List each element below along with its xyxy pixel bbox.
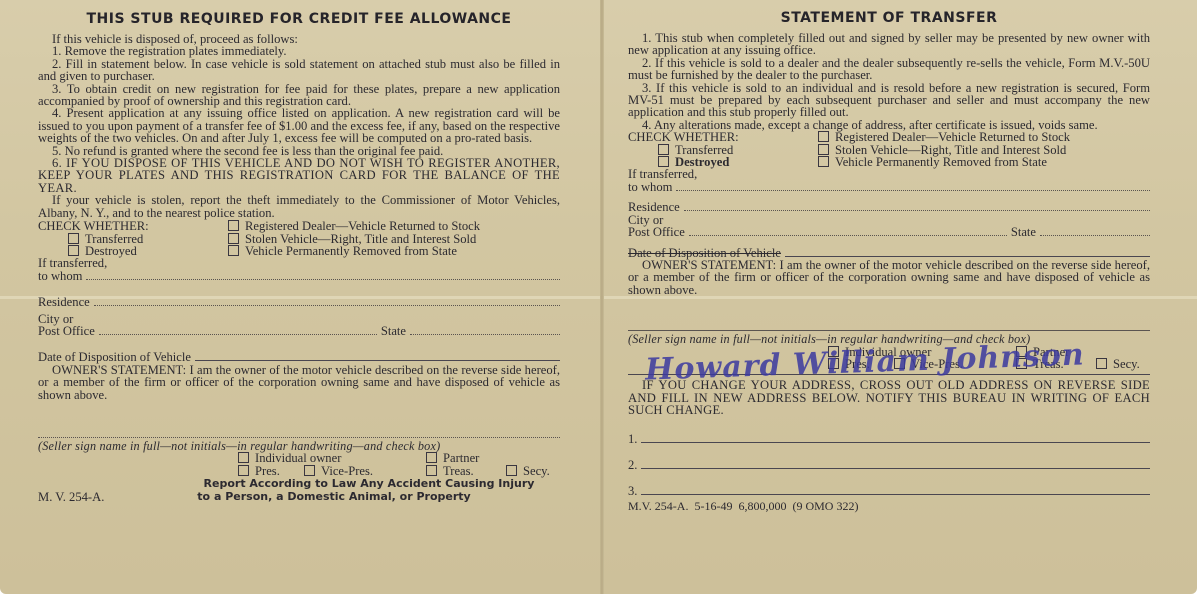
city-or-label: City or: [628, 214, 1150, 226]
to-whom-line[interactable]: [676, 181, 1150, 191]
transfer-instruction-3: 3. If this vehicle is sold to an individ…: [628, 82, 1150, 119]
accident-report-notice: Report According to Law Any Accident Cau…: [178, 477, 560, 503]
stolen-note: If your vehicle is stolen, report the th…: [38, 194, 560, 219]
if-transferred-label: If transferred,: [38, 257, 560, 269]
checkbox[interactable]: [426, 465, 437, 476]
date-line[interactable]: [785, 247, 1150, 257]
checkbox[interactable]: [238, 452, 249, 463]
check-secy[interactable]: Secy.: [1096, 358, 1150, 370]
post-office-field[interactable]: Post OfficeState: [628, 226, 1150, 238]
center-fold: [600, 0, 604, 594]
left-footer: M. V. 254-A. Report According to Law Any…: [38, 477, 560, 503]
seller-signature-line[interactable]: [628, 296, 1150, 331]
post-office-field[interactable]: Post OfficeState: [38, 325, 560, 337]
residence-field[interactable]: Residence: [628, 201, 1150, 213]
owner-statement: OWNER'S STATEMENT: I am the owner of the…: [38, 364, 560, 401]
check-removed[interactable]: Vehicle Permanently Removed from State: [818, 156, 1150, 168]
checkbox[interactable]: [228, 233, 239, 244]
seller-signature-line[interactable]: [38, 401, 560, 438]
city-or-label: City or: [38, 313, 560, 325]
instruction-1: 1. Remove the registration plates immedi…: [38, 45, 560, 57]
transfer-instruction-2: 2. If this vehicle is sold to a dealer a…: [628, 57, 1150, 82]
address-line-1[interactable]: 1.: [628, 433, 1150, 445]
checkbox[interactable]: [818, 131, 829, 142]
address-input-line[interactable]: [641, 459, 1150, 469]
check-pres[interactable]: Pres.: [238, 465, 304, 477]
checkbox[interactable]: [68, 233, 79, 244]
state-line[interactable]: [1040, 226, 1150, 236]
checkbox[interactable]: [228, 245, 239, 256]
right-panel-title: STATEMENT OF TRANSFER: [628, 12, 1150, 32]
statement-of-transfer-panel: STATEMENT OF TRANSFER 1. This stub when …: [628, 0, 1150, 594]
left-panel-title: THIS STUB REQUIRED FOR CREDIT FEE ALLOWA…: [38, 13, 560, 33]
checkbox[interactable]: [1096, 358, 1107, 369]
if-transferred-label: If transferred,: [628, 168, 1150, 180]
checkbox[interactable]: [818, 144, 829, 155]
officer-checks: Individual owner Partner Pres. Vice-Pres…: [38, 452, 560, 477]
checkbox[interactable]: [506, 465, 517, 476]
checkbox[interactable]: [818, 156, 829, 167]
checkbox[interactable]: [228, 220, 239, 231]
check-removed[interactable]: Vehicle Permanently Removed from State: [228, 245, 560, 257]
date-line[interactable]: [195, 351, 560, 361]
checkbox[interactable]: [238, 465, 249, 476]
checkbox[interactable]: [304, 465, 315, 476]
residence-line[interactable]: [684, 201, 1150, 211]
date-disposition-field[interactable]: Date of Disposition of Vehicle: [38, 351, 560, 363]
to-whom-field[interactable]: to whom: [38, 270, 560, 282]
address-input-line[interactable]: [641, 485, 1150, 495]
instruction-2: 2. Fill in statement below. In case vehi…: [38, 58, 560, 83]
check-treas[interactable]: Treas.: [426, 465, 506, 477]
check-vice-pres[interactable]: Vice-Pres.: [304, 465, 426, 477]
residence-field[interactable]: Residence: [38, 296, 560, 308]
checkbox[interactable]: [658, 156, 669, 167]
instruction-6: 6. IF YOU DISPOSE OF THIS VEHICLE AND DO…: [38, 157, 560, 194]
address-line-3[interactable]: 3.: [628, 485, 1150, 497]
post-office-line[interactable]: [689, 226, 1007, 236]
owner-statement: OWNER'S STATEMENT: I am the owner of the…: [628, 259, 1150, 296]
check-secy[interactable]: Secy.: [506, 465, 560, 477]
checkbox[interactable]: [658, 144, 669, 155]
state-line[interactable]: [410, 325, 560, 335]
transfer-instruction-1: 1. This stub when completely filled out …: [628, 32, 1150, 57]
credit-fee-stub-panel: THIS STUB REQUIRED FOR CREDIT FEE ALLOWA…: [38, 0, 560, 594]
form-number: M.V. 254-A. 5-16-49 6,800,000 (9 OMO 322…: [628, 500, 1150, 512]
to-whom-field[interactable]: to whom: [628, 181, 1150, 193]
post-office-line[interactable]: [99, 325, 377, 335]
checkbox[interactable]: [426, 452, 437, 463]
address-input-line[interactable]: [641, 433, 1150, 443]
check-whether-group: CHECK WHETHER: Registered Dealer—Vehicle…: [628, 131, 1150, 168]
check-whether-group: CHECK WHETHER: Registered Dealer—Vehicle…: [38, 220, 560, 257]
address-line-2[interactable]: 2.: [628, 459, 1150, 471]
to-whom-line[interactable]: [86, 270, 560, 280]
instruction-4: 4. Present application at any issuing of…: [38, 107, 560, 144]
form-number: M. V. 254-A.: [38, 491, 178, 503]
checkbox[interactable]: [68, 245, 79, 256]
instruction-3: 3. To obtain credit on new registration …: [38, 83, 560, 108]
residence-line[interactable]: [94, 296, 560, 306]
